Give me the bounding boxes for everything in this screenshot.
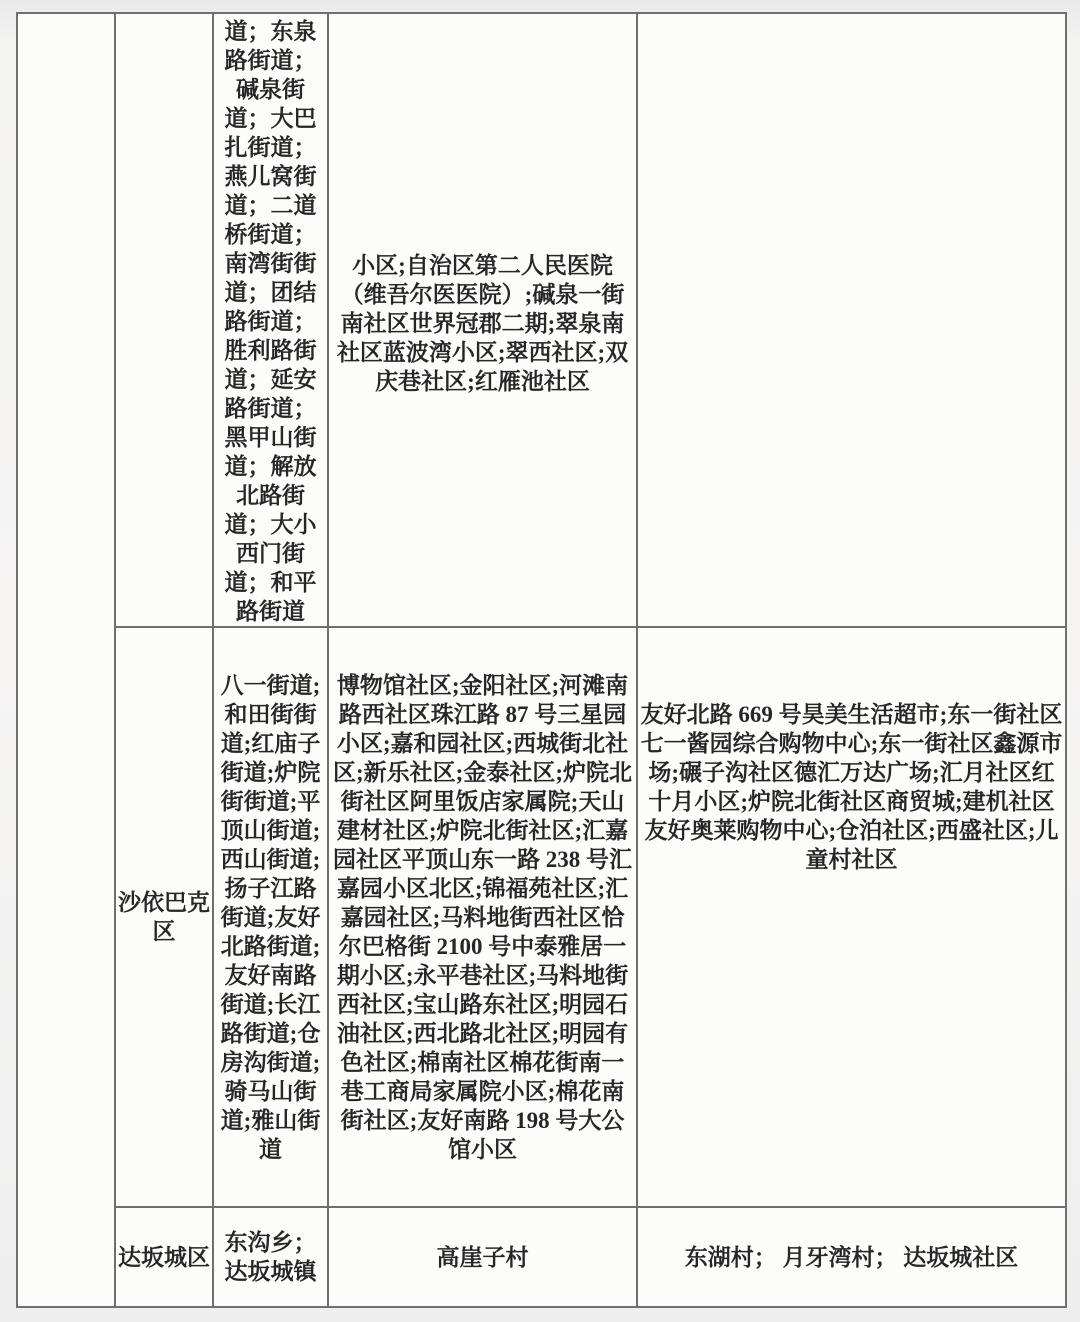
streets-cell-row3: 东沟乡；达坂城镇 [213,1207,328,1307]
streets-cell-row1: 道；东泉路街道；碱泉街道；大巴扎街道；燕儿窝街道；二道桥街道；南湾街街道；团结路… [213,13,328,627]
table-row: 达坂城区 东沟乡；达坂城镇 高崖子村 东湖村； 月牙湾村； 达坂城社区 [17,1207,1066,1307]
table-row: 道；东泉路街道；碱泉街道；大巴扎街道；燕儿窝街道；二道桥街道；南湾街街道；团结路… [17,13,1066,627]
communities-cell-row3: 高崖子村 [328,1207,637,1307]
table-row: 沙依巴克区 八一街道;和田街街道;红庙子街道;炉院街街道;平顶山街道;西山街道;… [17,627,1066,1207]
city-cell [17,13,115,1307]
streets-cell-row2: 八一街道;和田街街道;红庙子街道;炉院街街道;平顶山街道;西山街道;扬子江路街道… [213,627,328,1207]
district-cell-row2: 沙依巴克区 [115,627,213,1207]
communities-cell-row2: 博物馆社区;金阳社区;河滩南路西社区珠江路 87 号三星园小区;嘉和园社区;西城… [328,627,637,1207]
document-page: 道；东泉路街道；碱泉街道；大巴扎街道；燕儿窝街道；二道桥街道；南湾街街道；团结路… [0,0,1080,1322]
district-communities-table: 道；东泉路街道；碱泉街道；大巴扎街道；燕儿窝街道；二道桥街道；南湾街街道；团结路… [16,12,1067,1308]
venues-cell-row3: 东湖村； 月牙湾村； 达坂城社区 [637,1207,1066,1307]
district-cell-row1 [115,13,213,627]
communities-cell-row1: 小区;自治区第二人民医院（维吾尔医医院）;碱泉一街南社区世界冠郡二期;翠泉南社区… [328,13,637,627]
district-cell-row3: 达坂城区 [115,1207,213,1307]
venues-cell-row1 [637,13,1066,627]
venues-cell-row2: 友好北路 669 号昊美生活超市;东一街社区七一酱园综合购物中心;东一街社区鑫源… [637,627,1066,1207]
